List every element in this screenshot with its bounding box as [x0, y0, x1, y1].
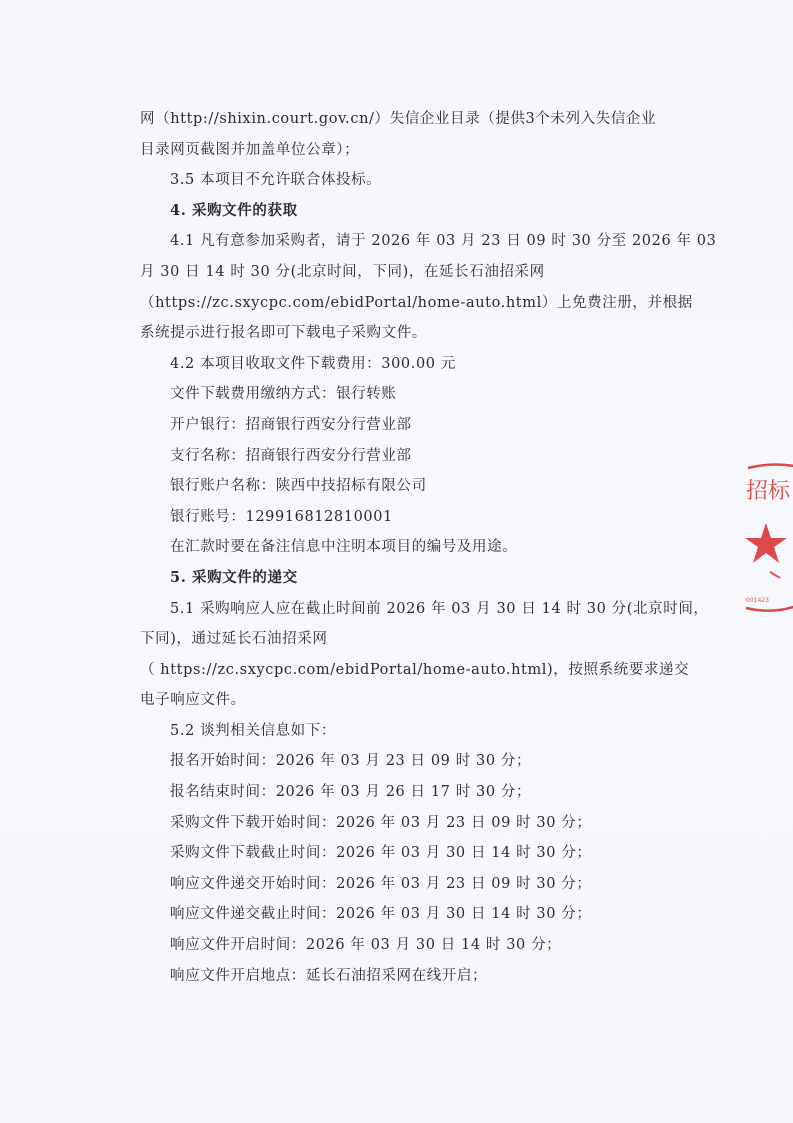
document-body: 网（http://shixin.court.gov.cn/）失信企业目录（提供3… — [140, 104, 676, 991]
text-line: 目录网页截图并加盖单位公章）； — [140, 135, 676, 166]
schedule-item: 响应文件递交截止时间：2026 年 03 月 30 日 14 时 30 分； — [140, 899, 676, 930]
star-icon — [745, 523, 787, 563]
account-number: 银行账号：129916812810001 — [140, 502, 676, 533]
account-name: 银行账户名称：陕西中技招标有限公司 — [140, 471, 676, 502]
text-line: 电子响应文件。 — [140, 685, 676, 716]
remittance-note: 在汇款时要在备注信息中注明本项目的编号及用途。 — [140, 532, 676, 563]
branch-name: 支行名称：招商银行西安分行营业部 — [140, 441, 676, 472]
text-line: 月 30 日 14 时 30 分(北京时间，下同)，在延长石油招采网 — [140, 257, 676, 288]
schedule-item: 响应文件开启地点：延长石油招采网在线开启； — [140, 961, 676, 992]
clause-3-5: 3.5 本项目不允许联合体投标。 — [140, 165, 676, 196]
stamp-text: 招标 — [746, 479, 791, 504]
schedule-item: 报名结束时间：2026 年 03 月 26 日 17 时 30 分； — [140, 777, 676, 808]
schedule-item: 响应文件递交开始时间：2026 年 03 月 23 日 09 时 30 分； — [140, 869, 676, 900]
text-line: 网（http://shixin.court.gov.cn/）失信企业目录（提供3… — [140, 104, 676, 135]
clause-4-1: 4.1 凡有意参加采购者，请于 2026 年 03 月 23 日 09 时 30… — [140, 226, 676, 257]
schedule-item: 报名开始时间：2026 年 03 月 23 日 09 时 30 分； — [140, 746, 676, 777]
schedule-item: 响应文件开启时间：2026 年 03 月 30 日 14 时 30 分； — [140, 930, 676, 961]
url-line: （https://zc.sxycpc.com/ebidPortal/home-a… — [140, 288, 676, 319]
company-seal-stamp: 招标 001423 — [740, 460, 793, 620]
section-heading-5: 5. 采购文件的递交 — [140, 563, 676, 594]
stamp-serial: 001423 — [746, 597, 769, 604]
section-heading-4: 4. 采购文件的获取 — [140, 196, 676, 227]
schedule-item: 采购文件下载截止时间：2026 年 03 月 30 日 14 时 30 分； — [140, 838, 676, 869]
bank-name: 开户银行：招商银行西安分行营业部 — [140, 410, 676, 441]
clause-4-2: 4.2 本项目收取文件下载费用：300.00 元 — [140, 349, 676, 380]
clause-5-2: 5.2 谈判相关信息如下： — [140, 716, 676, 747]
url-line: （ https://zc.sxycpc.com/ebidPortal/home-… — [140, 655, 676, 686]
clause-5-1: 5.1 采购响应人应在截止时间前 2026 年 03 月 30 日 14 时 3… — [140, 594, 676, 625]
schedule-item: 采购文件下载开始时间：2026 年 03 月 23 日 09 时 30 分； — [140, 808, 676, 839]
text-line: 系统提示进行报名即可下载电子采购文件。 — [140, 318, 676, 349]
payment-method: 文件下载费用缴纳方式：银行转账 — [140, 379, 676, 410]
text-line: 下同)，通过延长石油招采网 — [140, 624, 676, 655]
document-page: 网（http://shixin.court.gov.cn/）失信企业目录（提供3… — [0, 0, 793, 1123]
